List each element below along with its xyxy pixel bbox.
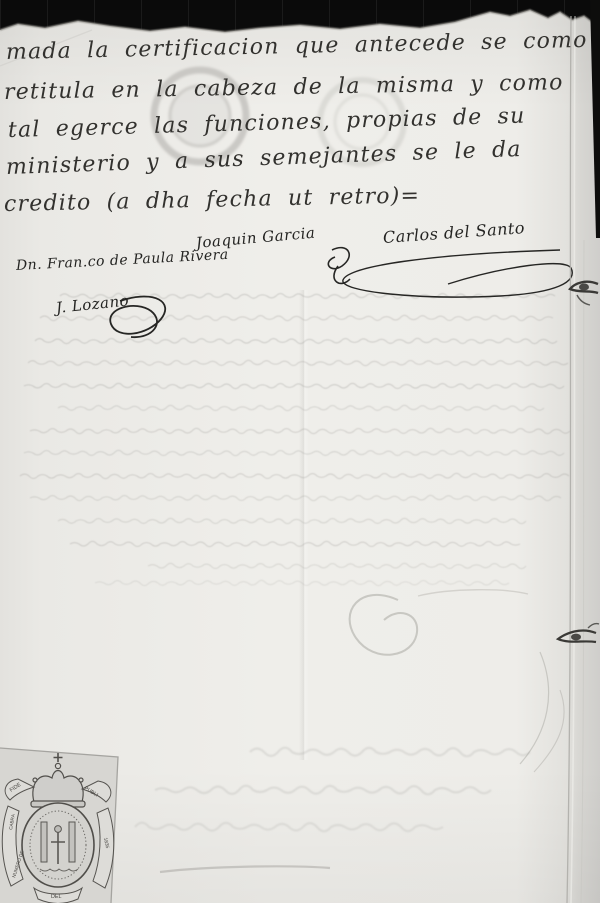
stamp-ribbon-bottom-text: DEL — [51, 894, 62, 900]
center-fold-crease — [299, 290, 309, 760]
notarial-stamp: FIDE PUBLI CABRA NUMERO DE 1835 DEL — [0, 748, 118, 903]
stamp-shield — [22, 803, 94, 887]
document-scan: FIDE PUBLI CABRA NUMERO DE 1835 DEL — [0, 0, 600, 903]
